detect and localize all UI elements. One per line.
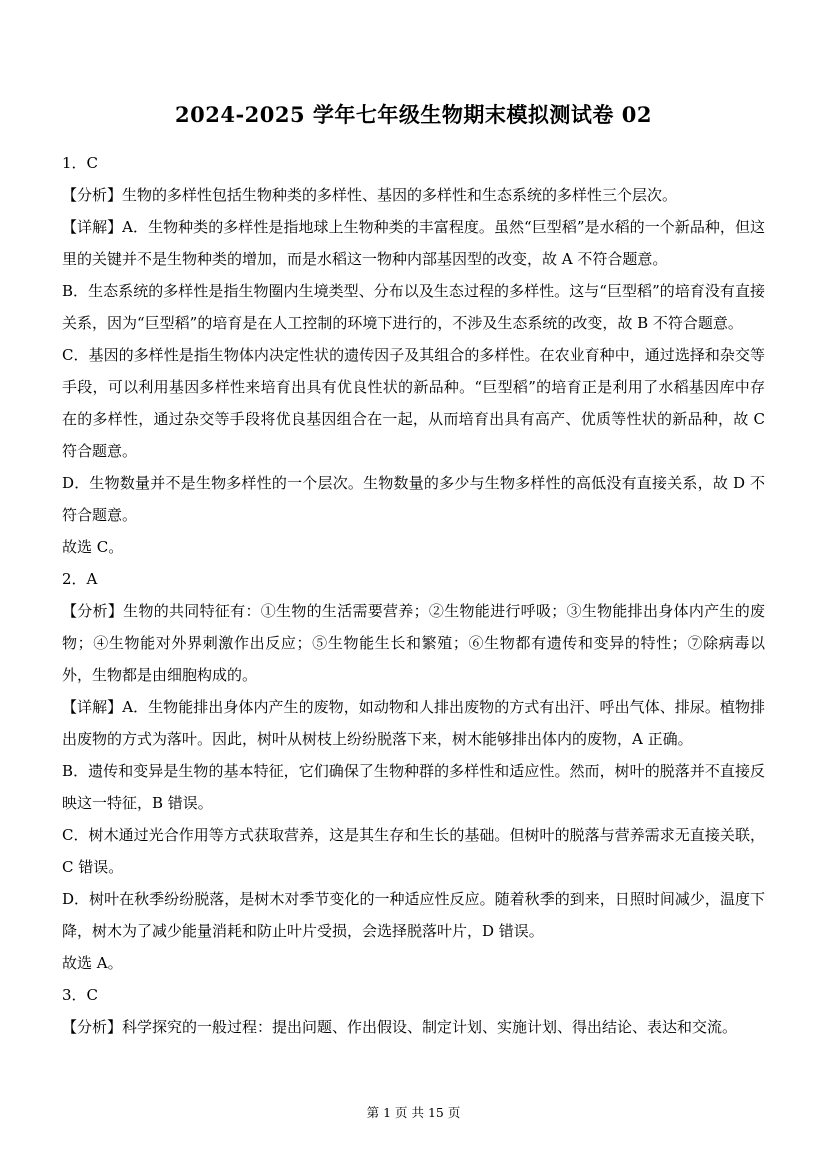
q2-answer: 2．A	[62, 563, 765, 595]
q2-analysis: 【分析】生物的共同特征有：①生物的生活需要营养；②生物能进行呼吸；③生物能排出身…	[62, 595, 765, 691]
document-page: 2024-2025 学年七年级生物期末模拟测试卷 02 1．C 【分析】生物的多…	[0, 0, 827, 1169]
q1-explain-c: C．基因的多样性是指生物体内决定性状的遗传因子及其组合的多样性。在农业育种中，通…	[62, 339, 765, 467]
q1-conclusion: 故选 C。	[62, 531, 765, 563]
document-body: 1．C 【分析】生物的多样性包括生物种类的多样性、基因的多样性和生态系统的多样性…	[62, 147, 765, 1043]
q2-conclusion: 故选 A。	[62, 947, 765, 979]
q2-explain-a: 【详解】A．生物能排出身体内产生的废物，如动物和人排出废物的方式有出汗、呼出气体…	[62, 691, 765, 755]
q2-explain-c: C．树木通过光合作用等方式获取营养，这是其生存和生长的基础。但树叶的脱落与营养需…	[62, 819, 765, 883]
q1-explain-d: D．生物数量并不是生物多样性的一个层次。生物数量的多少与生物多样性的高低没有直接…	[62, 467, 765, 531]
q1-analysis: 【分析】生物的多样性包括生物种类的多样性、基因的多样性和生态系统的多样性三个层次…	[62, 179, 765, 211]
page-title: 2024-2025 学年七年级生物期末模拟测试卷 02	[62, 98, 765, 132]
q1-explain-b: B．生态系统的多样性是指生物圈内生境类型、分布以及生态过程的多样性。这与“巨型稻…	[62, 275, 765, 339]
q3-analysis: 【分析】科学探究的一般过程：提出问题、作出假设、制定计划、实施计划、得出结论、表…	[62, 1011, 765, 1043]
q2-explain-b: B．遗传和变异是生物的基本特征，它们确保了生物种群的多样性和适应性。然而，树叶的…	[62, 755, 765, 819]
q2-explain-d: D．树叶在秋季纷纷脱落，是树木对季节变化的一种适应性反应。随着秋季的到来，日照时…	[62, 883, 765, 947]
q3-answer: 3．C	[62, 979, 765, 1011]
q1-answer: 1．C	[62, 147, 765, 179]
q1-explain-a: 【详解】A．生物种类的多样性是指地球上生物种类的丰富程度。虽然“巨型稻”是水稻的…	[62, 211, 765, 275]
page-number-footer: 第 1 页 共 15 页	[0, 1105, 827, 1121]
